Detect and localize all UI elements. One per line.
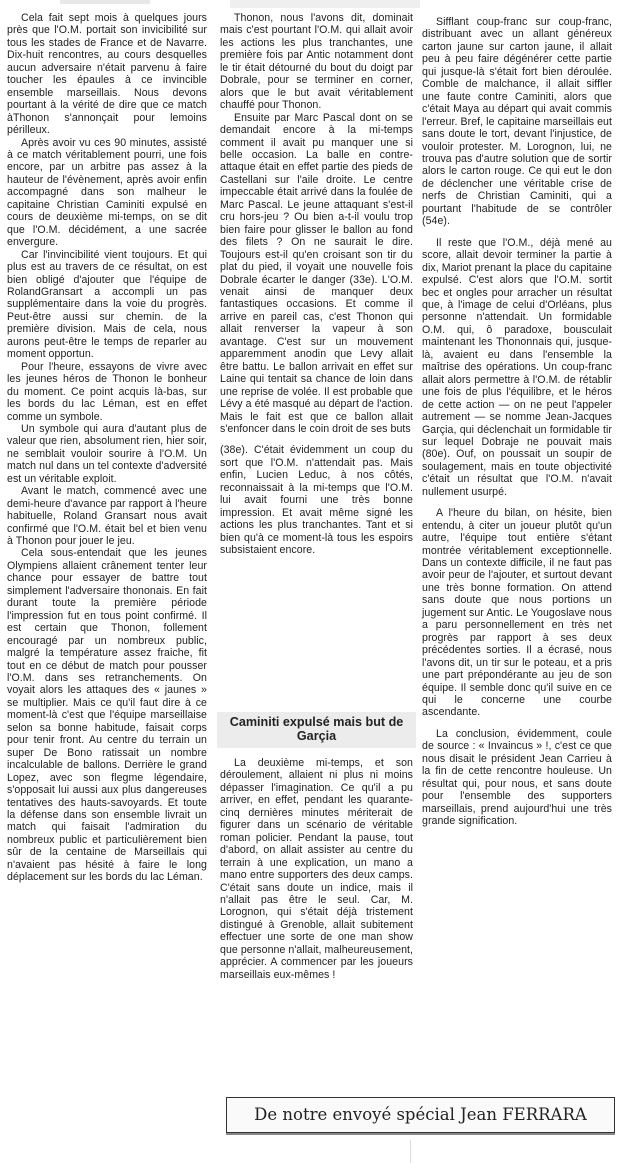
paragraph: Cela fait sept mois à quelques jours prè… [7, 12, 207, 137]
paragraph: Sifflant coup-franc sur coup-franc, dist… [422, 16, 612, 228]
paragraph: Il reste que l'O.M., déjà mené au score,… [422, 237, 612, 499]
byline-text: De notre envoyé spécial Jean FERRARA [254, 1105, 587, 1124]
paragraph: Avant le match, commencé avec une demi-h… [7, 485, 207, 547]
paragraph: A l'heure du bilan, on hésite, bien ente… [422, 507, 612, 719]
byline-box: De notre envoyé spécial Jean FERRARA [226, 1097, 615, 1133]
top-rule [60, 0, 150, 4]
paragraph: Thonon, nous l'avons dit, dominait mais … [220, 12, 413, 112]
paragraph: La deuxième mi-temps, et son déroulement… [220, 757, 413, 981]
paragraph: Cela sous-entendait que les jeunes Olymp… [7, 547, 207, 883]
paragraph: Pour l'heure, essayons de vivre avec les… [7, 361, 207, 423]
top-rule [230, 0, 420, 8]
subheading-text: Caminiti expulsé mais but de Garçia [217, 712, 416, 743]
article-column-2-continued: La deuxième mi-temps, et son déroulement… [217, 755, 416, 983]
article-column-2: Thonon, nous l'avons dit, dominait mais … [217, 10, 416, 558]
paragraph: La conclusion, évidemment, coule de sour… [422, 728, 612, 828]
paragraph: (38e). C'était évidemment un coup du sor… [220, 444, 413, 556]
paragraph: Ensuite par Marc Pascal dont on se deman… [220, 112, 413, 436]
section-subheading: Caminiti expulsé mais but de Garçia [217, 712, 416, 748]
column-divider [410, 1140, 411, 1163]
paragraph: Car l'invincibilité vient toujours. Et q… [7, 249, 207, 361]
article-column-3: Sifflant coup-franc sur coup-franc, dist… [419, 14, 615, 830]
paragraph: Après avoir vu ces 90 minutes, assisté à… [7, 137, 207, 249]
article-column-1: Cela fait sept mois à quelques jours prè… [5, 10, 209, 886]
paragraph: Un symbole qui aura d'autant plus de val… [7, 423, 207, 485]
